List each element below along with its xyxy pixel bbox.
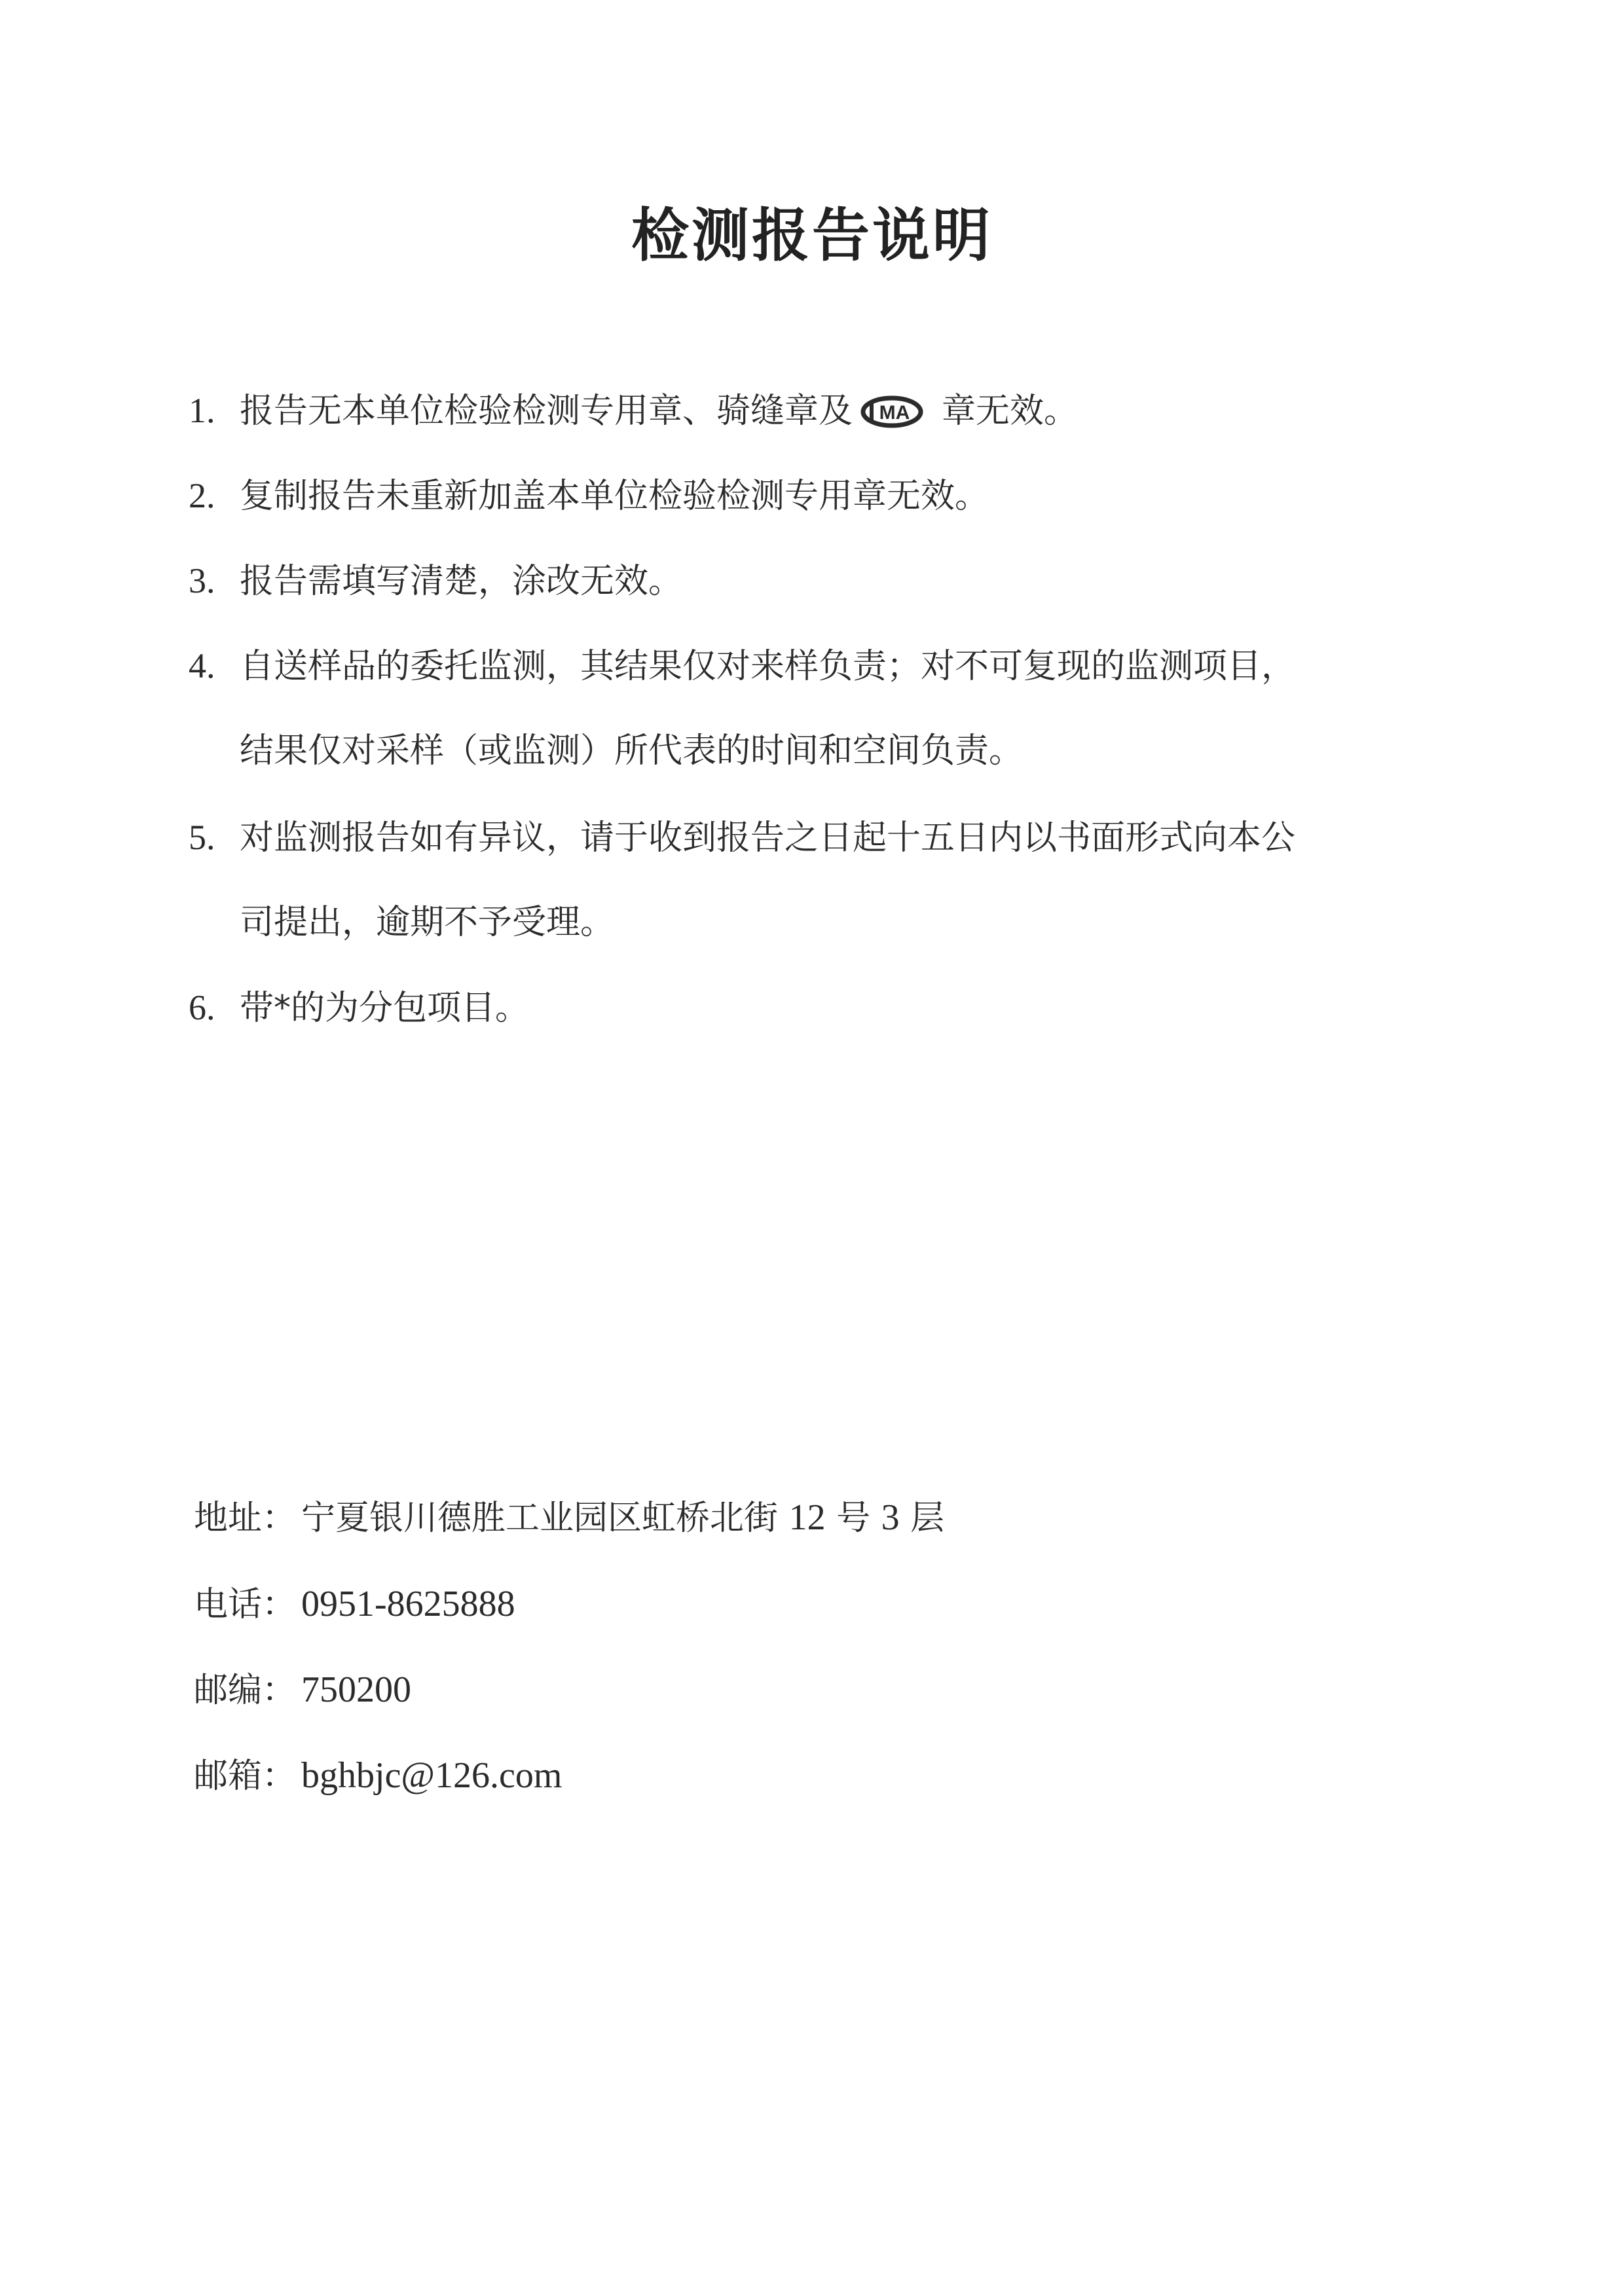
item-text: 带*的为分包项目。	[240, 989, 529, 1028]
postcode-value: 750200	[301, 1669, 411, 1710]
contact-email: 邮箱：bghbjc@126.com	[194, 1753, 562, 1799]
list-item-2: 2.复制报告未重新加盖本单位检验检测专用章无效。	[189, 473, 989, 519]
contact-address: 地址：宁夏银川德胜工业园区虹桥北街 12 号 3 层	[194, 1495, 944, 1541]
contact-postcode: 邮编：750200	[194, 1667, 411, 1713]
list-item-5: 5.对监测报告如有异议，请于收到报告之日起十五日内以书面形式向本公	[189, 814, 1295, 861]
email-value: bghbjc@126.com	[301, 1755, 562, 1796]
address-hao: 号	[836, 1499, 870, 1538]
list-item-1: 1.报告无本单位检验检测专用章、骑缝章及MA章无效。	[189, 388, 1078, 434]
list-item-4-continuation: 结果仅对采样（或监测）所代表的时间和空间负责。	[240, 728, 1023, 774]
document-page: 检测报告说明 1.报告无本单位检验检测专用章、骑缝章及MA章无效。 2.复制报告…	[0, 0, 1624, 2296]
list-item-3: 3.报告需填写清楚，涂改无效。	[189, 558, 682, 604]
item-text: 报告需填写清楚，涂改无效。	[240, 562, 682, 601]
list-item-5-continuation: 司提出，逾期不予受理。	[240, 900, 614, 945]
phone-label: 电话：	[194, 1585, 296, 1624]
item-text-after-mark: 章无效。	[942, 392, 1078, 431]
address-floor-number: 3	[881, 1497, 900, 1538]
item-number: 2.	[189, 473, 240, 519]
item-text: 自送样品的委托监测，其结果仅对来样负责；对不可复现的监测项目，	[240, 647, 1295, 686]
item-text: 报告无本单位检验检测专用章、骑缝章及	[240, 392, 853, 431]
item-text: 对监测报告如有异议，请于收到报告之日起十五日内以书面形式向本公	[240, 818, 1295, 858]
page-title: 检测报告说明	[0, 200, 1624, 272]
item-number: 5.	[189, 814, 240, 860]
email-label: 邮箱：	[194, 1757, 296, 1796]
list-item-4: 4.自送样品的委托监测，其结果仅对来样负责；对不可复现的监测项目，	[189, 643, 1295, 689]
address-value: 宁夏银川德胜工业园区虹桥北街 12 号 3 层	[301, 1499, 944, 1538]
item-number: 1.	[189, 388, 240, 433]
address-street: 宁夏银川德胜工业园区虹桥北街	[301, 1499, 778, 1538]
list-item-6: 6.带*的为分包项目。	[189, 985, 529, 1031]
contact-phone: 电话：0951-8625888	[194, 1581, 515, 1628]
item-number: 6.	[189, 985, 240, 1030]
item-number: 3.	[189, 558, 240, 604]
item-text: 复制报告未重新加盖本单位检验检测专用章无效。	[240, 477, 989, 516]
address-number: 12	[789, 1497, 826, 1538]
postcode-label: 邮编：	[194, 1671, 296, 1710]
phone-value: 0951-8625888	[301, 1584, 515, 1624]
svg-text:MA: MA	[879, 402, 910, 424]
cma-certification-mark-icon: MA	[860, 394, 923, 427]
address-ceng: 层	[910, 1499, 944, 1538]
item-number: 4.	[189, 643, 240, 689]
address-label: 地址：	[194, 1499, 296, 1538]
